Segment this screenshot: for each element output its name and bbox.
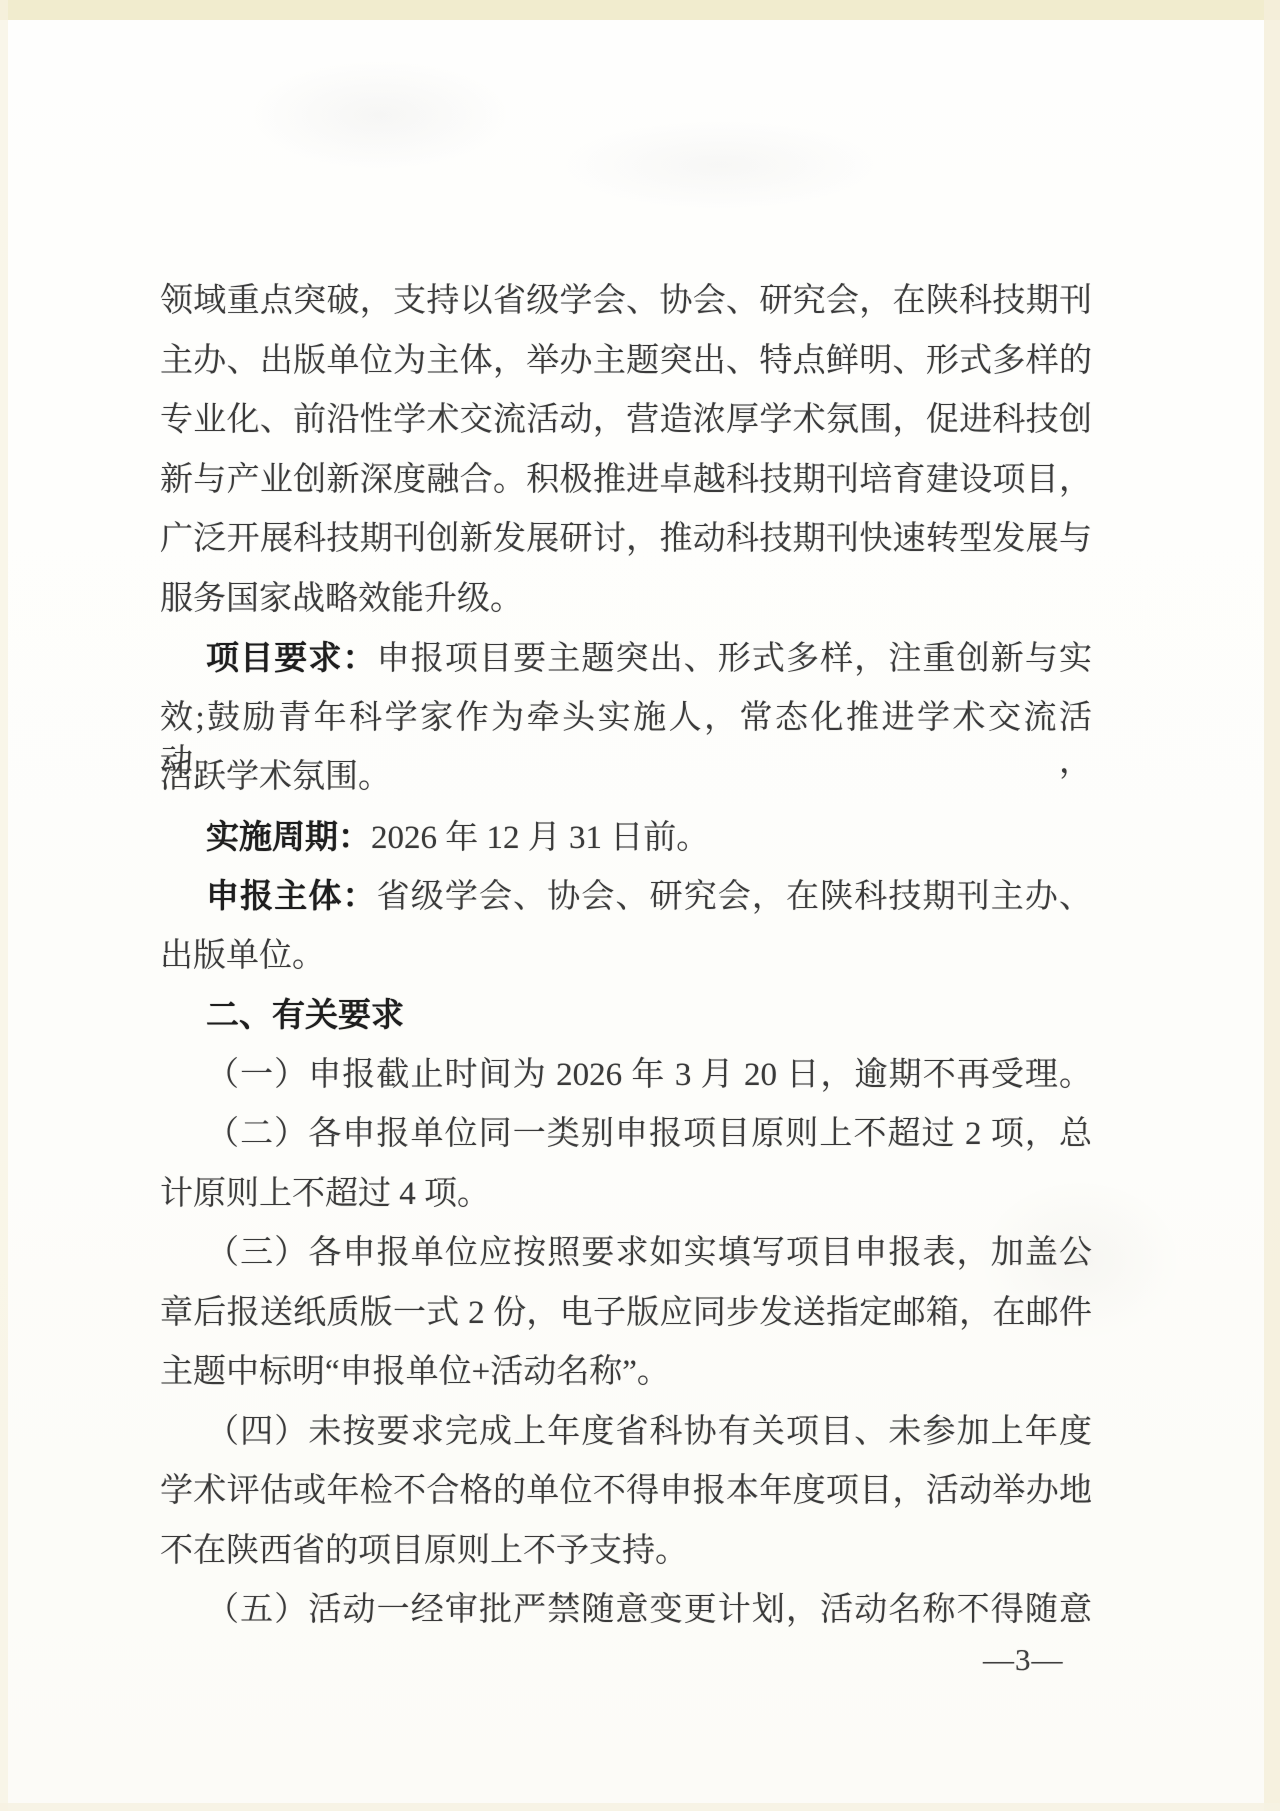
line-text: 出版单位。	[160, 938, 325, 974]
text-line: 项目要求：申报项目要主题突出、形式多样，注重创新与实	[160, 636, 1092, 680]
scan-smudge	[560, 120, 880, 210]
scan-edge-top	[0, 0, 1280, 20]
bold-label: 二、有关要求	[206, 996, 404, 1033]
scan-smudge	[250, 60, 510, 170]
text-line: 专业化、前沿性学术交流活动，营造浓厚学术氛围，促进科技创	[160, 398, 1092, 442]
text-line: 计原则上不超过 4 项。	[160, 1172, 1092, 1216]
line-text: 主题中标明“申报单位+活动名称”。	[160, 1354, 670, 1390]
text-line: 服务国家战略效能升级。	[160, 577, 1092, 621]
text-line: 出版单位。	[160, 934, 1092, 978]
text-line: 二、有关要求	[160, 993, 1092, 1037]
page-number: —3—	[983, 1642, 1064, 1678]
line-text: 活跃学术氛围。	[160, 759, 391, 795]
line-text: 章后报送纸质版一式 2 份，电子版应同步发送指定邮箱，在邮件	[160, 1295, 1092, 1331]
text-line: 不在陕西省的项目原则上不予支持。	[160, 1529, 1092, 1573]
line-text: （四）未按要求完成上年度省科协有关项目、未参加上年度	[206, 1414, 1092, 1450]
text-line: 效;鼓励青年科学家作为牵头实施人，常态化推进学术交流活动，	[160, 696, 1092, 740]
scan-edge-bottom	[0, 1803, 1280, 1811]
text-line: 主题中标明“申报单位+活动名称”。	[160, 1350, 1092, 1394]
line-text: 申报项目要主题突出、形式多样，注重创新与实	[377, 641, 1092, 677]
text-line: 章后报送纸质版一式 2 份，电子版应同步发送指定邮箱，在邮件	[160, 1291, 1092, 1335]
text-line: （一）申报截止时间为 2026 年 3 月 20 日，逾期不再受理。	[160, 1053, 1092, 1097]
line-text: 不在陕西省的项目原则上不予支持。	[160, 1533, 688, 1569]
text-line: （四）未按要求完成上年度省科协有关项目、未参加上年度	[160, 1410, 1092, 1454]
line-text: 省级学会、协会、研究会，在陕科技期刊主办、	[377, 879, 1092, 915]
line-text: 服务国家战略效能升级。	[160, 581, 523, 617]
bold-label: 项目要求：	[206, 639, 377, 676]
line-text: 计原则上不超过 4 项。	[160, 1176, 490, 1212]
line-text: （五）活动一经审批严禁随意变更计划，活动名称不得随意	[206, 1592, 1092, 1628]
scan-edge-left	[0, 0, 8, 1811]
line-text: 学术评估或年检不合格的单位不得申报本年度项目，活动举办地	[160, 1473, 1092, 1509]
scan-edge-right	[1264, 0, 1280, 1811]
bold-label: 申报主体：	[206, 877, 377, 914]
text-line: 广泛开展科技期刊创新发展研讨，推动科技期刊快速转型发展与	[160, 517, 1092, 561]
line-text: 2026 年 12 月 31 日前。	[371, 820, 709, 856]
line-text: （三）各申报单位应按照要求如实填写项目申报表，加盖公	[206, 1235, 1092, 1271]
text-line: （二）各申报单位同一类别申报项目原则上不超过 2 项，总	[160, 1112, 1092, 1156]
document-page: 领域重点突破，支持以省级学会、协会、研究会，在陕科技期刊主办、出版单位为主体，举…	[0, 0, 1280, 1811]
text-line: 主办、出版单位为主体，举办主题突出、特点鲜明、形式多样的	[160, 339, 1092, 383]
line-text: （一）申报截止时间为 2026 年 3 月 20 日，逾期不再受理。	[206, 1057, 1092, 1093]
text-line: 活跃学术氛围。	[160, 755, 1092, 799]
line-text: 领域重点突破，支持以省级学会、协会、研究会，在陕科技期刊	[160, 283, 1092, 319]
text-line: 学术评估或年检不合格的单位不得申报本年度项目，活动举办地	[160, 1469, 1092, 1513]
text-line: （三）各申报单位应按照要求如实填写项目申报表，加盖公	[160, 1231, 1092, 1275]
line-text: 新与产业创新深度融合。积极推进卓越科技期刊培育建设项目，	[160, 462, 1092, 498]
text-line: 新与产业创新深度融合。积极推进卓越科技期刊培育建设项目，	[160, 458, 1092, 502]
bold-label: 实施周期：	[206, 818, 371, 855]
text-line: 实施周期：2026 年 12 月 31 日前。	[160, 815, 1092, 859]
line-text: 专业化、前沿性学术交流活动，营造浓厚学术氛围，促进科技创	[160, 402, 1092, 438]
text-line: 申报主体：省级学会、协会、研究会，在陕科技期刊主办、	[160, 874, 1092, 918]
text-line: 领域重点突破，支持以省级学会、协会、研究会，在陕科技期刊	[160, 279, 1092, 323]
line-text: 广泛开展科技期刊创新发展研讨，推动科技期刊快速转型发展与	[160, 521, 1092, 557]
line-text: 主办、出版单位为主体，举办主题突出、特点鲜明、形式多样的	[160, 343, 1092, 379]
line-text: （二）各申报单位同一类别申报项目原则上不超过 2 项，总	[206, 1116, 1092, 1152]
text-line: （五）活动一经审批严禁随意变更计划，活动名称不得随意	[160, 1588, 1092, 1632]
